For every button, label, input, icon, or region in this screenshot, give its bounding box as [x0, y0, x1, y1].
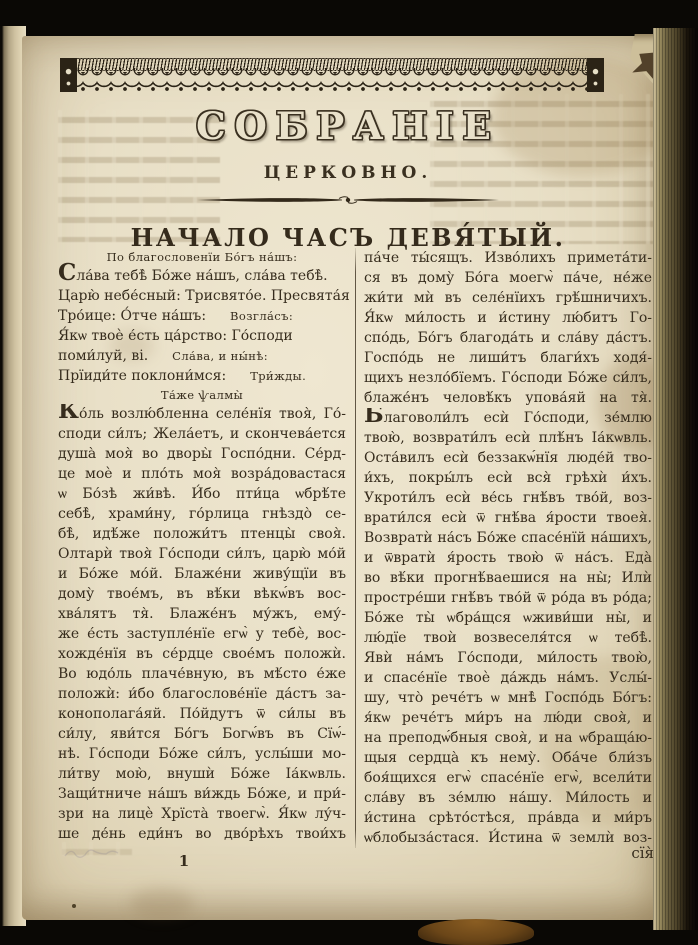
line-text: сла́ву въ зе́млю на́шу. Ми́лость и — [364, 790, 652, 806]
left-column: По благословенїи Бо́гъ на́шъ: Сла́ва теб… — [58, 248, 346, 848]
psalm-line: ѡ Бо́зѣ жи́вѣ. И́бо пти́ца ѡбрѣ́те — [58, 484, 346, 504]
psalm-line: Ко́ль возлю́бленна селе́нїя твоя̀, Го́- — [58, 404, 346, 424]
line-text: Во юдо́ль плаче́вную, въ мѣ́сто е́же — [58, 666, 346, 682]
psalm-line: себѣ̀, храми́ну, го́рлица гнѣздо̀ се- — [58, 504, 346, 524]
psalm-line: сла́ву въ зе́млю на́шу. Ми́лость и — [364, 788, 652, 808]
psalm-line: лю́дїе твоѝ возвеселя́тся ѡ тебѣ̀. — [364, 628, 652, 648]
psalm-line: положѝ: и́бо благослове́нїе да́стъ за- — [58, 684, 346, 704]
book-page: СОБРАНІЕ ЦЕРКОВНО. НАЧАЛО ЧАСЪ ДЕВЯ́ТЫЙ.… — [22, 36, 672, 920]
psalm-line: душа̀ моя̀ во дворы̀ Госпо́дни. Се́рд- — [58, 444, 346, 464]
psalm-line: Бо́же ты̀ ѡбра́щся ѡживи́ши ны̀, и — [364, 608, 652, 628]
psalm-line: Олтарѝ твоя̀ Го́споди си́лъ, царю̀ мо́й — [58, 544, 346, 564]
line-text: нѣ. Го́споди Бо́же си́лъ, услы́ши мо- — [58, 746, 346, 762]
psalm-line: я́кѡ рече́тъ ми́ръ на лю́ди своя̀, и — [364, 708, 652, 728]
line-text: и спасе́нїе твоѐ да́ждь на́мъ. Услы́- — [364, 670, 652, 686]
line-text: жи́ти мѝ въ селе́нїихъ грѣ́шничихъ. — [364, 290, 652, 306]
line-text: Олтарѝ твоя̀ Го́споди си́лъ, царю̀ мо́й — [58, 546, 346, 562]
psalm-line: си́лу, яви́тся Бо́гъ Богѡ́въ въ Сїѡ́- — [58, 724, 346, 744]
psalm-line: ше де́нь еди́нъ во дво́рѣхъ твои́хъ — [58, 824, 346, 844]
line-text: си́лу, яви́тся Бо́гъ Богѡ́въ въ Сїѡ́- — [58, 726, 346, 742]
drop-cap: Б — [364, 408, 384, 428]
liturgy-line: Царю̀ небе́сный: Трисвято́е. Пресвята́я — [58, 286, 346, 306]
line-text: конополага́яй. По́йдутъ ѿ си́лы въ — [58, 706, 346, 722]
line-text: ше де́нь еди́нъ во дво́рѣхъ твои́хъ — [58, 826, 346, 842]
line-text: же е́сть заступле́нїе егѡ̀ у тебѐ, вос- — [58, 626, 346, 642]
psalm-line: конополага́яй. По́йдутъ ѿ си́лы въ — [58, 704, 346, 724]
text-columns: По благословенїи Бо́гъ на́шъ: Сла́ва теб… — [58, 248, 654, 848]
line-text: и Бо́же мо́й. Блаже́ни живу́щїи въ — [58, 566, 346, 582]
line-text: це моѐ и пло́ть моя̀ возра́довастася — [58, 466, 346, 482]
psalm-line: Благоволи́лъ есѝ Го́споди, зе́млю — [364, 408, 652, 428]
psalm-line: блаже́нъ человѣ́къ упова́яй на тя̀. — [364, 388, 652, 408]
psalm-line: простре́ши гнѣ́въ тво́й ѿ ро́да въ ро́да… — [364, 588, 652, 608]
photo-background: СОБРАНІЕ ЦЕРКОВНО. НАЧАЛО ЧАСЪ ДЕВЯ́ТЫЙ.… — [0, 0, 698, 945]
psalm-line: нѣ. Го́споди Бо́же си́лъ, услы́ши мо- — [58, 744, 346, 764]
line-text: Бо́же ты̀ ѡбра́щся ѡживи́ши ны̀, и — [364, 610, 652, 626]
psalm-line: ли́тву мою̀, внушѝ Бо́же Іа́кѡвль. — [58, 764, 346, 784]
line-text: боя́щихся егѡ̀ спасе́нїе егѡ̀, всели́ти — [364, 770, 652, 786]
line-text: ся въ дому̀ Бо́га моегѡ̀ па́че, не́же — [364, 270, 652, 286]
psalm-line: врати́лся есѝ ѿ гнѣ́ва я́рости твоея̀. — [364, 508, 652, 528]
ink-speck — [72, 904, 76, 908]
psalm-line: дому̀ твое́мъ, въ вѣ́ки вѣкѡ́въ вос- — [58, 584, 346, 604]
opening-rubric: По благословенїи Бо́гъ на́шъ: — [58, 248, 346, 266]
page-title: СОБРАНІЕ — [50, 104, 646, 148]
line-text: о́ль возлю́бленна селе́нїя твоя̀, Го́- — [79, 406, 346, 422]
psalm-line: и́стина срѣто́стѣся, пра́вда и ми́ръ — [364, 808, 652, 828]
drop-cap: К — [58, 404, 79, 424]
line-text: Возвратѝ на́съ Бо́же спасе́нїй на́шихъ, — [364, 530, 652, 546]
psalm-lines: па́че ты́сящъ. Изво́лихъ примета́ти-ся в… — [364, 248, 652, 848]
column-rule — [355, 248, 356, 848]
line-text: хожде́нїя въ се́рдце свое́мъ положѝ. — [58, 646, 346, 662]
inline-rubric: Сла́ва, и ны́нѣ: — [172, 349, 268, 363]
psalm-line: хва́лятъ тя̀. Блаже́нъ му́жъ, ему́- — [58, 604, 346, 624]
line-text: щихъ незло́бїемъ. Го́споди Бо́же си́лъ, — [364, 370, 652, 386]
right-column: па́че ты́сящъ. Изво́лихъ примета́ти-ся в… — [364, 248, 652, 848]
psalm-line: хожде́нїя въ се́рдце свое́мъ положѝ. — [58, 644, 346, 664]
psalm-line: споди си́лъ; Жела́етъ, и скончева́ется — [58, 424, 346, 444]
psalm-line: на преподѡ́бныя своя̀, и на ѡбраща́ю- — [364, 728, 652, 748]
line-text: Госпо́дь не лиши́тъ благи́хъ ходя́- — [364, 350, 652, 366]
line-text: блаже́нъ человѣ́къ упова́яй на тя̀. — [364, 390, 652, 406]
psalm-line: Укроти́лъ есѝ ве́сь гнѣ́въ тво́й, воз- — [364, 488, 652, 508]
psalm-line: Во юдо́ль плаче́вную, въ мѣ́сто е́же — [58, 664, 346, 684]
section-divider — [50, 192, 646, 212]
divider-flourish-icon — [193, 192, 503, 208]
line-text: Тро́ице: О́тче на́шъ: — [58, 308, 206, 324]
psalm-line: ся въ дому̀ Бо́га моегѡ̀ па́че, не́же — [364, 268, 652, 288]
psalm-line: спо́дь, Бо́гъ благода́ть и сла́ву да́стъ… — [364, 328, 652, 348]
line-text: хва́лятъ тя̀. Блаже́нъ му́жъ, ему́- — [58, 606, 346, 622]
psalm-line: щыя сердца̀ къ нему̀. Оба́че бли́зъ — [364, 748, 652, 768]
binding-clasp — [418, 919, 534, 945]
line-text: щыя сердца̀ къ нему̀. Оба́че бли́зъ — [364, 750, 652, 766]
line-text: ѡ Бо́зѣ жи́вѣ. И́бо пти́ца ѡбрѣ́те — [58, 486, 346, 502]
psalm-line: це моѐ и пло́ть моя̀ возра́довастася — [58, 464, 346, 484]
line-text: и́стина срѣто́стѣся, пра́вда и ми́ръ — [364, 810, 652, 826]
psalm-line: бѣ̀, идѣ́же положи́тъ птенцы̀ своя̀. — [58, 524, 346, 544]
line-text: Защи́тниче на́шъ ви́ждь Бо́же, и при́- — [58, 786, 346, 802]
liturgy-line: поми́луй, ві.Сла́ва, и ны́нѣ: — [58, 346, 346, 366]
psalm-line: зри на лицѐ Хрїста̀ твоегѡ̀. Я́кѡ лу́ч- — [58, 804, 346, 824]
psalm-line: Госпо́дь не лиши́тъ благи́хъ ходя́- — [364, 348, 652, 368]
psalm-line: твою̀, возврати́лъ есѝ плѣ́нъ Іа́кѡвль. — [364, 428, 652, 448]
page-subtitle: ЦЕРКОВНО. — [50, 163, 646, 183]
psalm-line: и Бо́же мо́й. Блаже́ни живу́щїи въ — [58, 564, 346, 584]
psalm-line: и́хъ, покры́лъ есѝ вся̀ грѣхѝ и́хъ. — [364, 468, 652, 488]
psalm-line: боя́щихся егѡ̀ спасе́нїе егѡ̀, всели́ти — [364, 768, 652, 788]
line-text: Укроти́лъ есѝ ве́сь гнѣ́въ тво́й, воз- — [364, 490, 652, 506]
line-text: па́че ты́сящъ. Изво́лихъ примета́ти- — [364, 250, 652, 266]
line-text: я́кѡ рече́тъ ми́ръ на лю́ди своя̀, и — [364, 710, 652, 726]
marginalia-ghost — [62, 844, 132, 864]
line-text: врати́лся есѝ ѿ гнѣ́ва я́рости твоея̀. — [364, 510, 652, 526]
liturgy-lines: Сла́ва тебѣ̀ Бо́же на́шъ, сла́ва тебѣ̀.Ц… — [58, 266, 346, 386]
psalm-line: Оста́вилъ есѝ беззакѡ́нїя люде́й тво- — [364, 448, 652, 468]
line-text: простре́ши гнѣ́въ тво́й ѿ ро́да въ ро́да… — [364, 590, 652, 606]
psalm-line: Я́кѡ ми́лость и и́стину лю́битъ Го- — [364, 308, 652, 328]
line-text: во вѣ́ки прогнѣ́ваешися на ны̀; Илѝ — [364, 570, 652, 586]
line-text: Царю̀ небе́сный: Трисвято́е. Пресвята́я — [58, 288, 350, 304]
line-text: на преподѡ́бныя своя̀, и на ѡбраща́ю- — [364, 730, 652, 746]
psalm-lines: Ко́ль возлю́бленна селе́нїя твоя̀, Го́-с… — [58, 404, 346, 844]
line-text: дому̀ твое́мъ, въ вѣ́ки вѣкѡ́въ вос- — [58, 586, 346, 602]
drop-cap: С — [58, 259, 76, 286]
psalm-line: па́че ты́сящъ. Изво́лихъ примета́ти- — [364, 248, 652, 268]
psalm-line: щихъ незло́бїемъ. Го́споди Бо́же си́лъ, — [364, 368, 652, 388]
line-text: лаговоли́лъ есѝ Го́споди, зе́млю — [384, 410, 652, 426]
liturgy-line: Я́кѡ твоѐ е́сть ца́рство: Го́споди — [58, 326, 346, 346]
line-text: лю́дїе твоѝ возвеселя́тся ѡ тебѣ̀. — [364, 630, 652, 646]
liturgy-line: Тро́ице: О́тче на́шъ:Возгла́съ: — [58, 306, 346, 326]
psalm-line: и спасе́нїе твоѐ да́ждь на́мъ. Услы́- — [364, 668, 652, 688]
inline-rubric: Возгла́съ: — [230, 309, 293, 323]
psalm-line: Явѝ на́мъ Го́споди, ми́лость твою̀, — [364, 648, 652, 668]
line-text: Оста́вилъ есѝ беззакѡ́нїя люде́й тво- — [364, 450, 652, 466]
line-text: зри на лицѐ Хрїста̀ твоегѡ̀. Я́кѡ лу́ч- — [58, 806, 346, 822]
psalm-line: во вѣ́ки прогнѣ́ваешися на ны̀; Илѝ — [364, 568, 652, 588]
line-text: споди си́лъ; Жела́етъ, и скончева́ется — [58, 426, 346, 442]
page-number: 1 — [162, 852, 206, 870]
psalm-line: шу, что̀ рече́тъ ѡ мнѣ̀ Госпо́дь Бо́гъ: — [364, 688, 652, 708]
line-text: Я́кѡ твоѐ е́сть ца́рство: Го́споди — [58, 328, 293, 344]
line-text: бѣ̀, идѣ́же положи́тъ птенцы̀ своя̀. — [58, 526, 346, 542]
psalm-line: Защи́тниче на́шъ ви́ждь Бо́же, и при́- — [58, 784, 346, 804]
line-text: ли́тву мою̀, внушѝ Бо́же Іа́кѡвль. — [58, 766, 346, 782]
line-text: спо́дь, Бо́гъ благода́ть и сла́ву да́стъ… — [364, 330, 652, 346]
psalm-line: и ѿвратѝ я́рость твою̀ ѿ на́съ. Еда̀ — [364, 548, 652, 568]
paper-stain — [130, 888, 194, 918]
line-text: Я́кѡ ми́лость и и́стину лю́битъ Го- — [364, 310, 652, 326]
line-text: Явѝ на́мъ Го́споди, ми́лость твою̀, — [364, 650, 652, 666]
line-text: положѝ: и́бо благослове́нїе да́стъ за- — [58, 686, 346, 702]
line-text: себѣ̀, храми́ну, го́рлица гнѣздо̀ се- — [58, 506, 346, 522]
psalms-rubric: Та́же ѱалмы̀ — [58, 386, 346, 404]
line-text: шу, что̀ рече́тъ ѡ мнѣ̀ Госпо́дь Бо́гъ: — [364, 690, 652, 706]
page-header: СОБРАНІЕ ЦЕРКОВНО. НАЧАЛО ЧАСЪ ДЕВЯ́ТЫЙ. — [50, 36, 646, 252]
psalm-line: жи́ти мѝ въ селе́нїихъ грѣ́шничихъ. — [364, 288, 652, 308]
psalm-line: Возвратѝ на́съ Бо́же спасе́нїй на́шихъ, — [364, 528, 652, 548]
line-text: твою̀, возврати́лъ есѝ плѣ́нъ Іа́кѡвль. — [364, 430, 652, 446]
inline-rubric: Три́жды. — [250, 369, 306, 383]
line-text: душа̀ моя̀ во дворы̀ Госпо́дни. Се́рд- — [58, 446, 346, 462]
catchword: сїя̀ — [582, 844, 654, 862]
liturgy-line: Прїиди́те поклони́мся:Три́жды. — [58, 366, 346, 386]
line-text: ла́ва тебѣ̀ Бо́же на́шъ, сла́ва тебѣ̀. — [76, 268, 327, 284]
line-text: и́хъ, покры́лъ есѝ вся̀ грѣхѝ и́хъ. — [364, 470, 652, 486]
liturgy-line: Сла́ва тебѣ̀ Бо́же на́шъ, сла́ва тебѣ̀. — [58, 266, 346, 286]
line-text: поми́луй, ві. — [58, 348, 148, 364]
page-edge-stack — [653, 28, 698, 930]
line-text: Прїиди́те поклони́мся: — [58, 368, 226, 384]
line-text: и ѿвратѝ я́рость твою̀ ѿ на́съ. Еда̀ — [364, 550, 652, 566]
psalm-line: же е́сть заступле́нїе егѡ̀ у тебѐ, вос- — [58, 624, 346, 644]
